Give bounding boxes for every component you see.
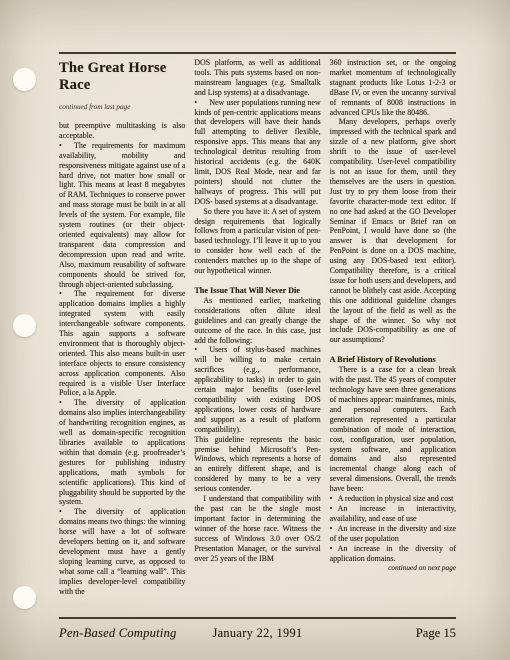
bullet-icon: • (59, 398, 74, 408)
paragraph: I understand that compatibility with the… (194, 494, 320, 563)
paragraph-text: The diversity of application domains mea… (59, 507, 185, 595)
paragraph-text: Users of stylus-based machines will be w… (194, 345, 320, 433)
paragraph: Many developers, perhaps overly impresse… (330, 117, 456, 345)
punch-hole-bottom (13, 586, 36, 609)
footer-rule (59, 617, 456, 619)
paragraph-text: The requirements for maximum availabilit… (59, 141, 185, 289)
bullet-paragraph: •An increase in the diversity of applica… (330, 544, 456, 564)
bullet-paragraph: •The requirements for maximum availabili… (59, 141, 185, 290)
page-number: Page 15 (324, 626, 456, 641)
bullet-paragraph: •An increase in interactivity, availabil… (330, 504, 456, 524)
bullet-icon: • (330, 544, 338, 554)
section-heading: A Brief History of Revolutions (330, 355, 456, 365)
column-3-text: 360 instruction set, or the ongoing mark… (330, 58, 456, 573)
paragraph-text: New user populations running new kinds o… (194, 98, 320, 206)
column-1: The Great Horse Race continued from last… (59, 58, 185, 597)
issue-date: January 22, 1991 (191, 626, 323, 641)
punch-hole-middle (13, 314, 36, 337)
publication-name: Pen-Based Computing (59, 626, 191, 641)
bullet-icon: • (59, 289, 74, 299)
punch-hole-top (13, 68, 36, 91)
paragraph-text: A reduction in physical size and cost (338, 494, 454, 503)
bullet-paragraph: •Users of stylus-based machines will be … (194, 345, 320, 434)
bullet-icon: • (59, 507, 74, 517)
bullet-paragraph: •A reduction in physical size and cost (330, 494, 456, 504)
paragraph: So there you have it: A set of system de… (194, 207, 320, 276)
paragraph-text: An increase in interactivity, availabili… (330, 504, 456, 523)
paragraph: DOS platform, as well as additional tool… (194, 58, 320, 98)
bullet-icon: • (330, 504, 338, 514)
bullet-paragraph: •The diversity of application domains al… (59, 398, 185, 507)
bullet-icon: • (194, 345, 209, 355)
column-3: 360 instruction set, or the ongoing mark… (330, 58, 456, 597)
paragraph: This guideline represents the basic prem… (194, 435, 320, 494)
bullet-paragraph: •New user populations running new kinds … (194, 98, 320, 207)
bullet-paragraph: •The requirement for diverse application… (59, 289, 185, 398)
header-rule (59, 52, 456, 54)
column-2: DOS platform, as well as additional tool… (194, 58, 320, 597)
scanned-newsletter-page: The Great Horse Race continued from last… (0, 0, 510, 660)
article-title: The Great Horse Race (59, 60, 185, 94)
bullet-icon: • (59, 141, 74, 151)
column-2-text: DOS platform, as well as additional tool… (194, 58, 320, 563)
continued-next-note: continued on next page (330, 563, 456, 573)
paragraph: 360 instruction set, or the ongoing mark… (330, 58, 456, 117)
bullet-paragraph: •An increase in the diversity and size o… (330, 524, 456, 544)
continued-from-note: continued from last page (59, 103, 185, 112)
paragraph: As mentioned earlier, marketing consider… (194, 296, 320, 346)
page-content: The Great Horse Race continued from last… (59, 52, 456, 597)
paragraph-text: An increase in the diversity of applicat… (330, 544, 456, 563)
paragraph-text: The requirement for diverse application … (59, 289, 185, 397)
bullet-icon: • (194, 98, 209, 108)
bullet-paragraph: •The diversity of application domains me… (59, 507, 185, 596)
bullet-icon: • (330, 524, 338, 534)
paragraph: but preemptive multitasking is also acce… (59, 121, 185, 141)
bullet-icon: • (330, 494, 338, 504)
paragraph: There is a case for a clean break with t… (330, 365, 456, 494)
section-heading: The Issue That Will Never Die (194, 286, 320, 296)
article-columns: The Great Horse Race continued from last… (59, 58, 456, 597)
column-1-text: but preemptive multitasking is also acce… (59, 121, 185, 597)
page-footer: Pen-Based Computing January 22, 1991 Pag… (59, 626, 456, 641)
paragraph-text: An increase in the diversity and size of… (330, 524, 456, 543)
paragraph-text: The diversity of application domains als… (59, 398, 185, 506)
